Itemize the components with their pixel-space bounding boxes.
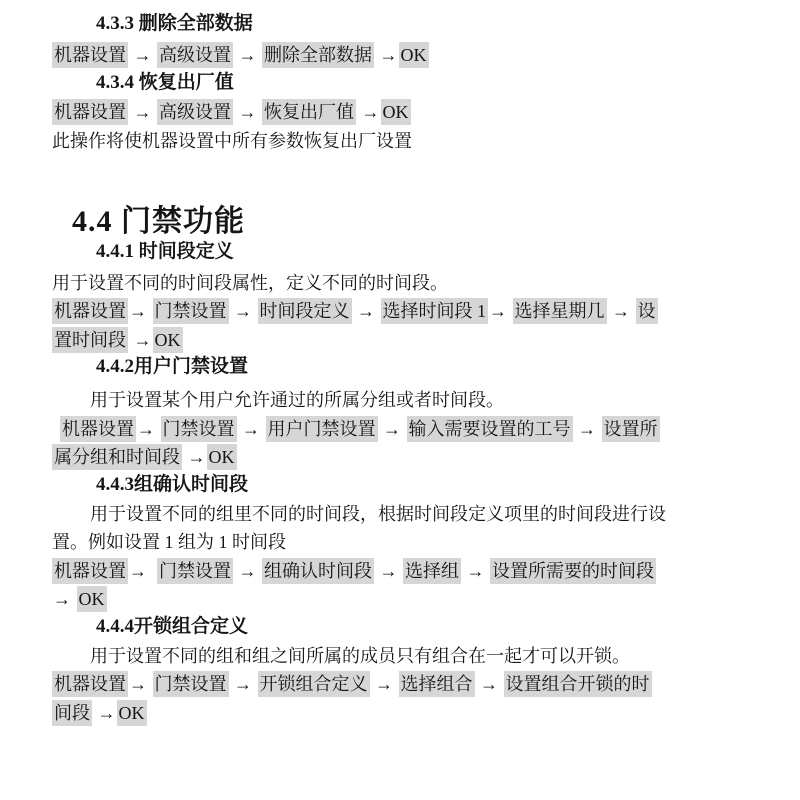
flow-step: 设置所需要的时间段 xyxy=(490,558,656,584)
flow-arrow: → xyxy=(229,674,258,694)
flow-arrow: → xyxy=(233,561,262,581)
heading-4-4-3: 4.4.3组确认时间段 xyxy=(96,472,764,498)
flow-step: 门禁设置 xyxy=(157,558,233,584)
flow-step: 置时间段 xyxy=(52,327,128,353)
heading-4-4-4: 4.4.4开锁组合定义 xyxy=(96,614,764,640)
heading-4-4: 4.4 门禁功能 xyxy=(72,205,764,239)
flow-arrow: → xyxy=(237,419,266,439)
note-4-3-4: 此操作将使机器设置中所有参数恢复出厂设置 xyxy=(52,127,764,156)
flow-arrow: → xyxy=(374,561,403,581)
flow-step: 机器设置 xyxy=(52,99,128,125)
flow-step: 组确认时间段 xyxy=(262,558,374,584)
flow-arrow: → xyxy=(352,301,381,321)
flow-4-4-3-line-2: → OK xyxy=(52,585,764,614)
intro-4-4-1: 用于设置不同的时间段属性，定义不同的时间段。 xyxy=(52,269,764,298)
flow-step: OK xyxy=(207,444,237,470)
flow-4-4-4-line-2: 间段 →OK xyxy=(52,699,764,728)
flow-step: 时间段定义 xyxy=(258,298,352,324)
flow-step: 门禁设置 xyxy=(153,298,229,324)
flow-arrow: → xyxy=(475,674,504,694)
flow-step: 设 xyxy=(636,298,658,324)
flow-step: 机器设置 xyxy=(52,42,128,68)
intro-4-4-4: 用于设置不同的组和组之间所属的成员只有组合在一起才可以开锁。 xyxy=(52,642,764,671)
flow-arrow: → xyxy=(378,419,407,439)
flow-arrow: → xyxy=(374,45,399,65)
flow-arrow: → xyxy=(128,102,157,122)
intro-4-4-2: 用于设置某个用户允许通过的所属分组或者时间段。 xyxy=(52,386,764,415)
flow-arrow: → xyxy=(128,45,157,65)
flow-arrow: → xyxy=(356,102,381,122)
heading-4-4-2: 4.4.2用户门禁设置 xyxy=(96,354,764,380)
heading-4-3-3: 4.3.3 删除全部数据 xyxy=(96,11,764,37)
flow-step: 输入需要设置的工号 xyxy=(407,416,573,442)
flow-step: 机器设置 xyxy=(60,416,136,442)
flow-4-3-4-line-1: 机器设置 → 高级设置 → 恢复出厂值 →OK xyxy=(52,98,764,127)
intro-4-4-3-line-1: 用于设置不同的组里不同的时间段，根据时间段定义项里的时间段进行设 xyxy=(52,500,764,529)
flow-step: 删除全部数据 xyxy=(262,42,374,68)
flow-4-4-2-line-1: 机器设置→ 门禁设置 → 用户门禁设置 → 输入需要设置的工号 → 设置所 xyxy=(52,415,764,444)
flow-step: 选择星期几 xyxy=(513,298,607,324)
flow-arrow: → xyxy=(488,301,513,321)
flow-4-4-1-line-2: 置时间段 →OK xyxy=(52,326,764,355)
flow-step: OK xyxy=(77,586,107,612)
flow-step: 选择时间段 1 xyxy=(381,298,489,324)
flow-step: 设置所 xyxy=(602,416,660,442)
manual-page: 4.3.3 删除全部数据 机器设置 → 高级设置 → 删除全部数据 →OK 4.… xyxy=(0,0,800,800)
flow-4-4-4-line-1: 机器设置→ 门禁设置 → 开锁组合定义 → 选择组合 → 设置组合开锁的时 xyxy=(52,670,764,699)
flow-4-4-2-line-2: 属分组和时间段 →OK xyxy=(52,443,764,472)
intro-4-4-3-line-2: 置。例如设置 1 组为 1 时间段 xyxy=(52,528,764,557)
flow-arrow: → xyxy=(573,419,602,439)
flow-step: OK xyxy=(153,327,183,353)
flow-arrow: → xyxy=(52,589,77,609)
flow-step: 机器设置 xyxy=(52,298,128,324)
flow-arrow: → xyxy=(128,301,153,321)
flow-arrow: → xyxy=(182,447,207,467)
flow-step: 恢复出厂值 xyxy=(262,99,356,125)
flow-arrow: → xyxy=(92,703,117,723)
flow-arrow: → xyxy=(229,301,258,321)
flow-arrow: → xyxy=(128,674,153,694)
flow-arrow: → xyxy=(128,561,157,581)
flow-arrow: → xyxy=(370,674,399,694)
flow-step: 选择组 xyxy=(403,558,461,584)
flow-step: 设置组合开锁的时 xyxy=(504,671,652,697)
flow-arrow: → xyxy=(233,45,262,65)
heading-4-4-1: 4.4.1 时间段定义 xyxy=(96,239,764,265)
flow-step: 机器设置 xyxy=(52,558,128,584)
heading-4-3-4: 4.3.4 恢复出厂值 xyxy=(96,70,764,96)
flow-step: 高级设置 xyxy=(157,99,233,125)
flow-step: 门禁设置 xyxy=(161,416,237,442)
flow-step: 间段 xyxy=(52,700,92,726)
flow-step: 开锁组合定义 xyxy=(258,671,370,697)
flow-step: OK xyxy=(117,700,147,726)
flow-step: 属分组和时间段 xyxy=(52,444,182,470)
flow-4-3-3-line-1: 机器设置 → 高级设置 → 删除全部数据 →OK xyxy=(52,41,764,70)
flow-4-4-1-line-1: 机器设置→ 门禁设置 → 时间段定义 → 选择时间段 1→ 选择星期几 → 设 xyxy=(52,297,764,326)
flow-step: 选择组合 xyxy=(399,671,475,697)
flow-step: 用户门禁设置 xyxy=(266,416,378,442)
flow-arrow: → xyxy=(233,102,262,122)
flow-step: 门禁设置 xyxy=(153,671,229,697)
flow-arrow: → xyxy=(136,419,161,439)
flow-step: OK xyxy=(399,42,429,68)
flow-4-4-3-line-1: 机器设置→ 门禁设置 → 组确认时间段 → 选择组 → 设置所需要的时间段 xyxy=(52,557,764,586)
flow-step: 高级设置 xyxy=(157,42,233,68)
flow-arrow: → xyxy=(607,301,636,321)
flow-step: OK xyxy=(381,99,411,125)
flow-arrow: → xyxy=(461,561,490,581)
flow-arrow: → xyxy=(128,330,153,350)
flow-step: 机器设置 xyxy=(52,671,128,697)
